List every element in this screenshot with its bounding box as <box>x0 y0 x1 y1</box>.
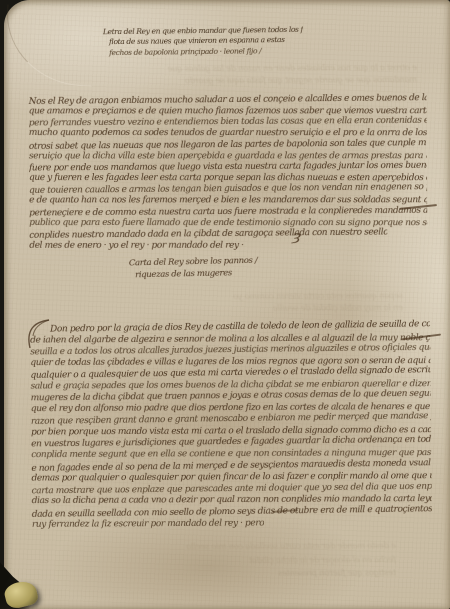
charter-text-block-1: Nos el Rey de aragon enbiamos mucho salu… <box>29 94 428 252</box>
section-heading: Carta del Rey sobre los pannos / riqueza… <box>129 256 267 282</box>
text-line: del mes de enero · yo el rey · por manda… <box>29 241 248 252</box>
showthrough-text-top: e otrosi a lo que nos enbiastes dezir en… <box>45 62 417 87</box>
ghost-line: en la muy noble çibdat de seuilla <box>58 301 403 315</box>
text-line: conplides nuestro mandado dada en la çib… <box>29 227 387 242</box>
text-line: ruy ferrandez la fiz escreuir por mandad… <box>32 519 264 532</box>
showthrough-text-middle: sepan quantos esta carta vieren commo yo… <box>58 289 403 315</box>
ghost-line: testigos que fueron presentes <box>66 566 396 581</box>
showthrough-text-bottom: e desto mande dar esta carta seellada co… <box>66 539 396 581</box>
ghost-line: e desto mande dar esta carta seellada co… <box>66 539 396 554</box>
ghost-line: mandamos que se guarde segunt que fasta … <box>45 74 417 87</box>
manuscript-photo: e otrosi a lo que nos enbiastes dezir en… <box>0 0 450 609</box>
text-line: fechos de bapolonia prinçipado · leonel … <box>103 46 269 58</box>
charter-text-block-2: Don pedro por la graçia de dios Rey de c… <box>30 320 432 532</box>
header-annotation: Letra del Rey en que enbio mandar que fu… <box>103 25 303 59</box>
